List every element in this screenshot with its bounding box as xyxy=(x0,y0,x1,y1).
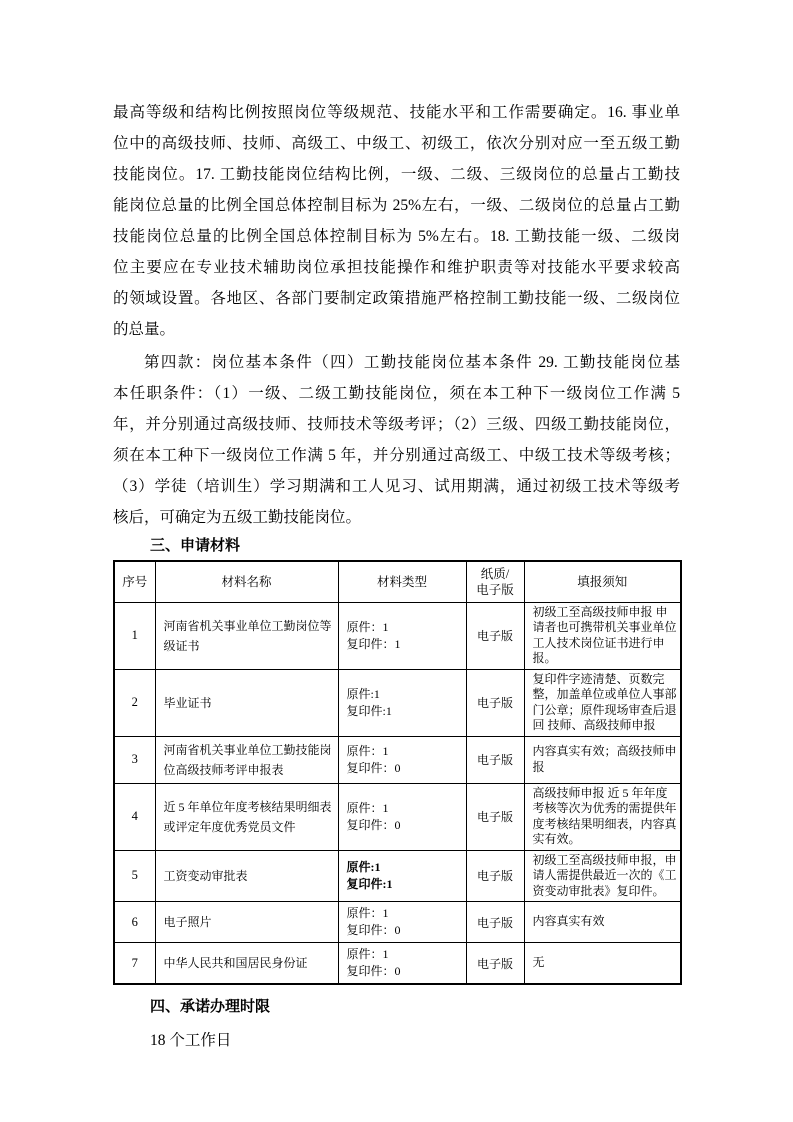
table-row: 7中华人民共和国居民身份证原件：1 复印件：0电子版无 xyxy=(114,943,681,985)
cell-type: 原件：1 复印件：0 xyxy=(338,783,466,850)
text-line: 技能岗位总量的比例全国总体控制目标为 5%左右。18. 工勤技能一级、二级岗 xyxy=(113,221,680,252)
materials-table-body: 1河南省机关事业单位工勤岗位等级证书原件：1 复印件：1电子版初级工至高级技师申… xyxy=(114,602,681,984)
cell-note: 无 xyxy=(524,943,681,985)
header-material-type: 材料类型 xyxy=(338,561,466,602)
table-row: 4近 5 年单位年度考核结果明细表或评定年度优秀党员文件原件：1 复印件：0电子… xyxy=(114,783,681,850)
document-page: 最高等级和结构比例按照岗位等级规范、技能水平和工作需要确定。16. 事业单位中的… xyxy=(0,0,793,1122)
cell-medium: 电子版 xyxy=(466,602,524,669)
materials-table-header: 序号 材料名称 材料类型 纸质/ 电子版 填报须知 xyxy=(114,561,681,602)
cell-note: 初级工至高级技师申报，申请人需提供最近一次的《工资变动审批表》复印件。 xyxy=(524,850,681,902)
body-paragraphs: 最高等级和结构比例按照岗位等级规范、技能水平和工作需要确定。16. 事业单位中的… xyxy=(113,97,680,533)
text-line: 本任职条件：（1）一级、二级工勤技能岗位，须在本工种下一级岗位工作满 5 xyxy=(113,378,680,409)
cell-type: 原件：1 复印件：1 xyxy=(338,602,466,669)
cell-num: 5 xyxy=(114,850,155,902)
cell-type: 原件：1 复印件：0 xyxy=(338,902,466,943)
cell-num: 1 xyxy=(114,602,155,669)
cell-medium: 电子版 xyxy=(466,850,524,902)
text-line: 的总量。 xyxy=(113,314,680,345)
materials-table: 序号 材料名称 材料类型 纸质/ 电子版 填报须知 1河南省机关事业单位工勤岗位… xyxy=(113,560,682,985)
text-line: 的领域设置。各地区、各部门要制定政策措施严格控制工勤技能一级、二级岗位 xyxy=(113,283,680,314)
text-line: 核后，可确定为五级工勤技能岗位。 xyxy=(113,502,680,533)
cell-type: 原件：1 复印件：0 xyxy=(338,736,466,783)
text-line: 第四款：岗位基本条件（四）工勤技能岗位基本条件 29. 工勤技能岗位基 xyxy=(113,347,680,378)
cell-num: 7 xyxy=(114,943,155,985)
table-row: 2毕业证书原件:1 复印件:1电子版复印件字迹清楚、页数完整，加盖单位或单位人事… xyxy=(114,669,681,736)
text-line: 须在本工种下一级岗位工作满 5 年，并分别通过高级工、中级工技术等级考核； xyxy=(113,440,680,471)
cell-type: 原件:1 复印件:1 xyxy=(338,669,466,736)
section-heading-time-limit: 四、承诺办理时限 xyxy=(150,998,680,1016)
paragraph: 最高等级和结构比例按照岗位等级规范、技能水平和工作需要确定。16. 事业单位中的… xyxy=(113,97,680,345)
paragraph: 第四款：岗位基本条件（四）工勤技能岗位基本条件 29. 工勤技能岗位基本任职条件… xyxy=(113,347,680,533)
table-row: 1河南省机关事业单位工勤岗位等级证书原件：1 复印件：1电子版初级工至高级技师申… xyxy=(114,602,681,669)
cell-medium: 电子版 xyxy=(466,736,524,783)
cell-medium: 电子版 xyxy=(466,669,524,736)
cell-num: 4 xyxy=(114,783,155,850)
cell-note: 内容真实有效 xyxy=(524,902,681,943)
text-line: 最高等级和结构比例按照岗位等级规范、技能水平和工作需要确定。16. 事业单 xyxy=(113,97,680,128)
table-row: 6电子照片原件：1 复印件：0电子版内容真实有效 xyxy=(114,902,681,943)
cell-name: 电子照片 xyxy=(155,902,338,943)
header-row: 序号 材料名称 材料类型 纸质/ 电子版 填报须知 xyxy=(114,561,681,602)
time-limit-value: 18 个工作日 xyxy=(150,1029,680,1053)
cell-note: 高级技师申报 近 5 年年度考核等次为优秀的需提供年度考核结果明细表，内容真实有… xyxy=(524,783,681,850)
cell-name: 中华人民共和国居民身份证 xyxy=(155,943,338,985)
cell-name: 近 5 年单位年度考核结果明细表或评定年度优秀党员文件 xyxy=(155,783,338,850)
cell-medium: 电子版 xyxy=(466,783,524,850)
text-line: 位主要应在专业技术辅助岗位承担技能操作和维护职责等对技能水平要求较高 xyxy=(113,252,680,283)
cell-note: 初级工至高级技师申报 申请者也可携带机关事业单位工人技术岗位证书进行申报。 xyxy=(524,602,681,669)
cell-note: 内容真实有效；高级技师申报 xyxy=(524,736,681,783)
cell-num: 6 xyxy=(114,902,155,943)
cell-medium: 电子版 xyxy=(466,943,524,985)
text-line: 能岗位总量的比例全国总体控制目标为 25%左右，一级、二级岗位的总量占工勤 xyxy=(113,190,680,221)
header-notes: 填报须知 xyxy=(524,561,681,602)
table-row: 5工资变动审批表原件:1 复印件:1电子版初级工至高级技师申报，申请人需提供最近… xyxy=(114,850,681,902)
header-seq: 序号 xyxy=(114,561,155,602)
section-heading-materials: 三、申请材料 xyxy=(150,537,680,555)
cell-name: 工资变动审批表 xyxy=(155,850,338,902)
cell-name: 毕业证书 xyxy=(155,669,338,736)
cell-medium: 电子版 xyxy=(466,902,524,943)
header-material-name: 材料名称 xyxy=(155,561,338,602)
table-row: 3河南省机关事业单位工勤技能岗位高级技师考评申报表原件：1 复印件：0电子版内容… xyxy=(114,736,681,783)
cell-name: 河南省机关事业单位工勤技能岗位高级技师考评申报表 xyxy=(155,736,338,783)
cell-num: 2 xyxy=(114,669,155,736)
cell-num: 3 xyxy=(114,736,155,783)
cell-type: 原件:1 复印件:1 xyxy=(338,850,466,902)
text-line: 位中的高级技师、技师、高级工、中级工、初级工，依次分别对应一至五级工勤 xyxy=(113,128,680,159)
text-line: （3）学徒（培训生）学习期满和工人见习、试用期满，通过初级工技术等级考 xyxy=(113,471,680,502)
text-line: 年，并分别通过高级技师、技师技术等级考评；（2）三级、四级工勤技能岗位， xyxy=(113,409,680,440)
text-line: 技能岗位。17. 工勤技能岗位结构比例，一级、二级、三级岗位的总量占工勤技 xyxy=(113,159,680,190)
cell-type: 原件：1 复印件：0 xyxy=(338,943,466,985)
cell-name: 河南省机关事业单位工勤岗位等级证书 xyxy=(155,602,338,669)
cell-note: 复印件字迹清楚、页数完整，加盖单位或单位人事部门公章；原件现场审查后退回 技师、… xyxy=(524,669,681,736)
header-medium: 纸质/ 电子版 xyxy=(466,561,524,602)
